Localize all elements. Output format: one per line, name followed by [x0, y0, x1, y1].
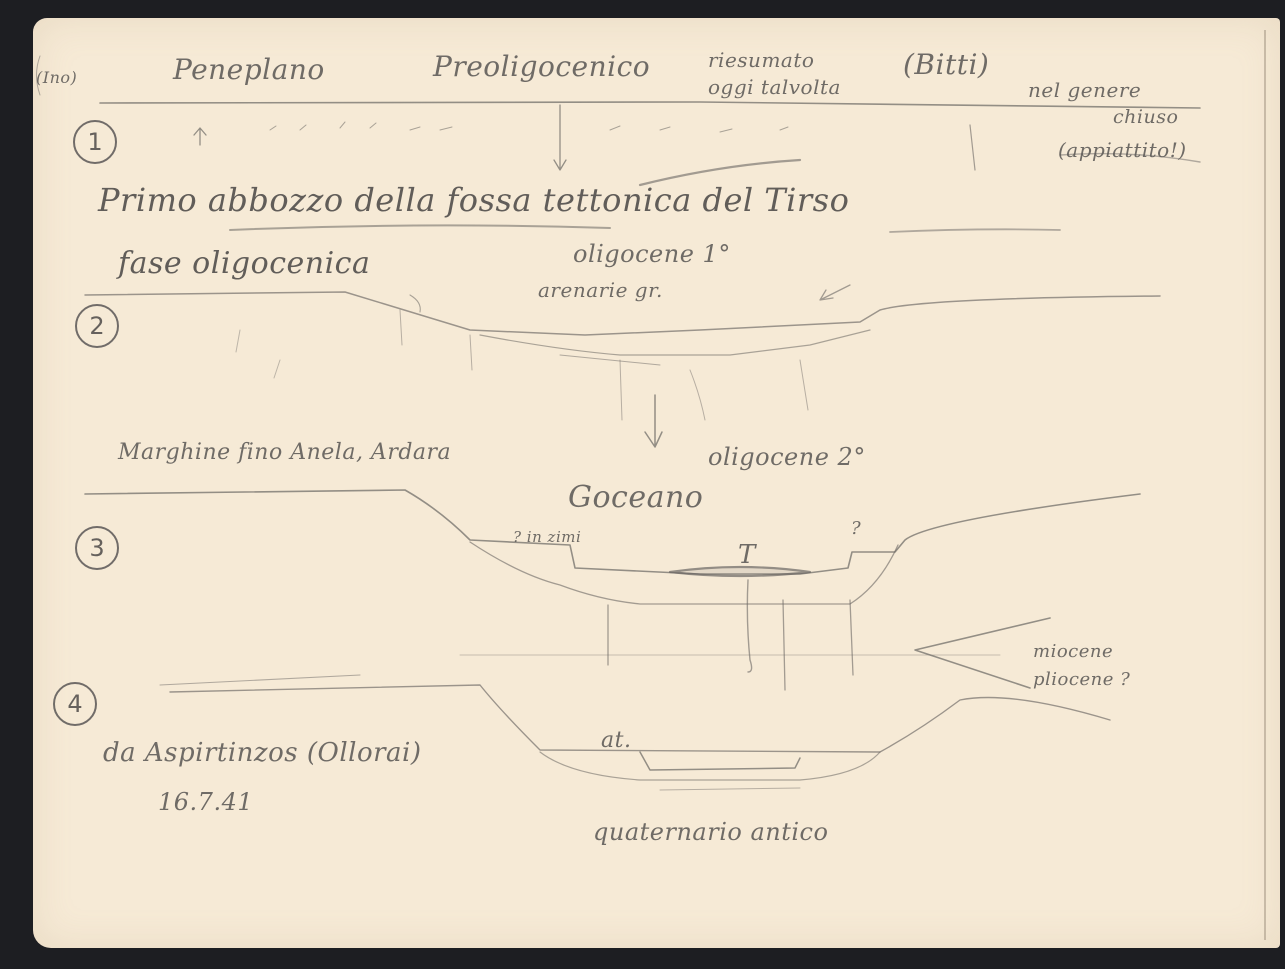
label-oligocene-2: oligocene 2° — [708, 443, 866, 471]
section-number-4: 4 — [53, 682, 97, 726]
header-appiattito: (appiattito!) — [1058, 138, 1187, 162]
section-1-subtitle: fase oligocenica — [118, 246, 370, 281]
section-number-2: 2 — [75, 304, 119, 348]
section-1-title: Primo abbozzo della fossa tettonica del … — [98, 181, 849, 219]
sketchbook-page: (Ino) Peneplano Preoligocenico riesumato… — [33, 18, 1280, 948]
label-quaternario: quaternario antico — [593, 818, 828, 846]
section-number-1: 1 — [73, 120, 117, 164]
header-nel-genere: nel genere — [1028, 78, 1141, 102]
header-riesumato: riesumato — [708, 48, 814, 72]
header-oggi-talvolta: oggi talvolta — [708, 75, 841, 99]
label-miocene-pliocene: miocene pliocene ? — [1033, 638, 1183, 694]
label-at: at. — [601, 728, 631, 753]
label-marghine: Marghine fino Anela, Ardara — [118, 440, 451, 465]
label-question: ? — [851, 518, 861, 539]
section-number-3: 3 — [75, 526, 119, 570]
label-oligocene-1: oligocene 1° — [573, 240, 731, 268]
label-date: 16.7.41 — [158, 788, 253, 816]
label-location: da Aspirtinzos (Ollorai) — [103, 738, 422, 768]
header-preoligocenico: Preoligocenico — [433, 50, 650, 83]
label-goceano: Goceano — [568, 480, 703, 515]
label-in-zimi: ? in zimi — [513, 528, 581, 546]
label-arenarie: arenarie gr. — [538, 278, 663, 302]
label-t: T — [738, 540, 756, 570]
header-left-note: (Ino) — [36, 68, 77, 87]
header-bitti: (Bitti) — [903, 48, 989, 81]
header-peneplano: Peneplano — [173, 53, 325, 86]
header-chiuso: chiuso — [1113, 106, 1178, 128]
